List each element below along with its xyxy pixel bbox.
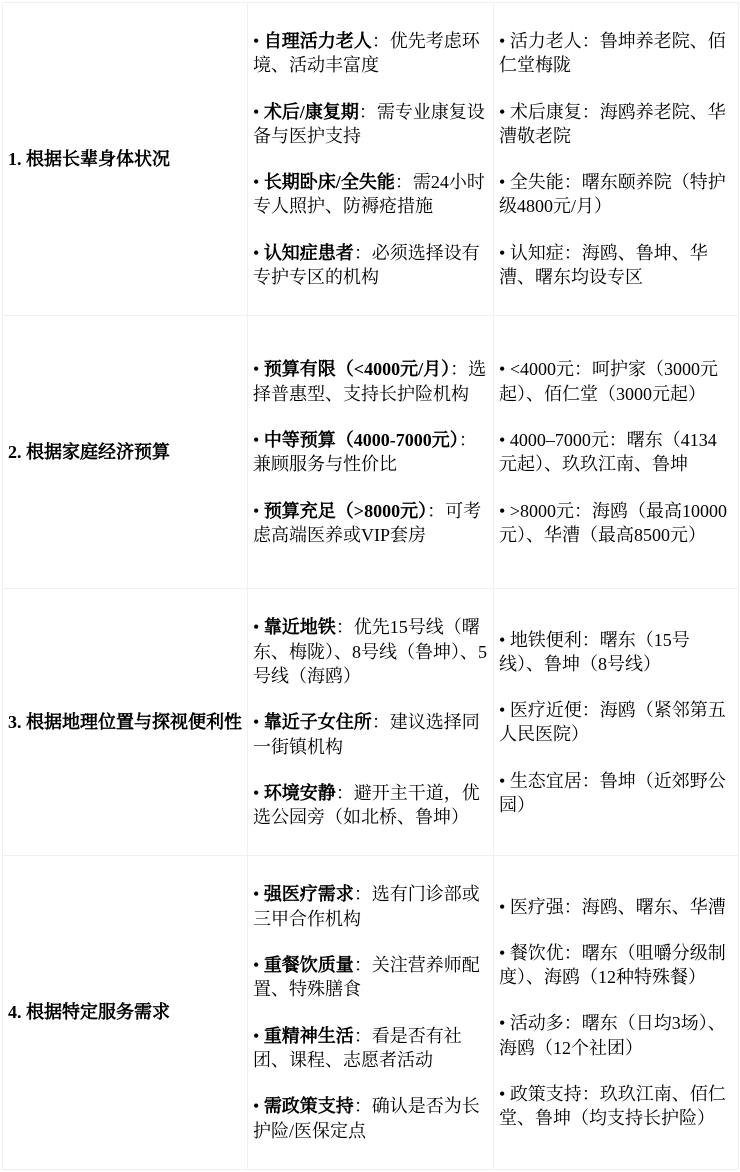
recommendation-text: 医疗强：海鸥、曙东、华漕 bbox=[510, 897, 726, 917]
category-cell: 3. 根据地理位置与探视便利性 bbox=[3, 589, 248, 856]
bullet-icon: • bbox=[499, 31, 510, 51]
criteria-item: • 重精神生活：看是否有社团、课程、志愿者活动 bbox=[253, 1024, 488, 1073]
bullet-icon: • bbox=[253, 243, 264, 263]
category-label: 4. 根据特定服务需求 bbox=[8, 1002, 170, 1022]
recommendation-item: • 政策支持：玖玖江南、佰仁堂、鲁坤（均支持长护险） bbox=[499, 1082, 733, 1131]
table-row: 3. 根据地理位置与探视便利性 • 靠近地铁：优先15号线（曙东、梅陇）、8号线… bbox=[3, 589, 739, 856]
recommendation-item: • <4000元：呵护家（3000元起）、佰仁堂（3000元起） bbox=[499, 357, 733, 406]
criteria-label: 强医疗需求 bbox=[264, 884, 354, 904]
criteria-cell: • 预算有限（<4000元/月）：选择普惠型、支持长护险机构 • 中等预算（40… bbox=[248, 316, 494, 589]
bullet-icon: • bbox=[253, 359, 264, 379]
recommendation-item: • 4000–7000元：曙东（4134元起）、玖玖江南、鲁坤 bbox=[499, 428, 733, 477]
recommendation-item: • 餐饮优：曙东（咀嚼分级制度）、海鸥（12种特殊餐） bbox=[499, 941, 733, 990]
recommendation-text: 全失能：曙东颐养院（特护级4800元/月） bbox=[499, 172, 726, 216]
bullet-icon: • bbox=[499, 1084, 510, 1104]
criteria-cell: • 强医疗需求：选有门诊部或三甲合作机构 • 重餐饮质量：关注营养师配置、特殊膳… bbox=[248, 856, 494, 1169]
bullet-icon: • bbox=[253, 1026, 264, 1046]
criteria-item: • 预算有限（<4000元/月）：选择普惠型、支持长护险机构 bbox=[253, 357, 488, 406]
criteria-label: 预算充足（>8000元） bbox=[264, 501, 427, 521]
criteria-item: • 靠近地铁：优先15号线（曙东、梅陇）、8号线（鲁坤）、5号线（海鸥） bbox=[253, 615, 488, 688]
criteria-label: 长期卧床/全失能 bbox=[264, 172, 395, 192]
criteria-label: 认知症患者 bbox=[264, 243, 354, 263]
criteria-cell: • 自理活力老人：优先考虑环境、活动丰富度 • 术后/康复期：需专业康复设备与医… bbox=[248, 3, 494, 316]
recommendations-cell: • 活力老人：鲁坤养老院、佰仁堂梅陇 • 术后康复：海鸥养老院、华漕敬老院 • … bbox=[494, 3, 739, 316]
recommendation-text: 地铁便利：曙东（15号线）、鲁坤（8号线） bbox=[499, 630, 690, 674]
recommendation-text: 术后康复：海鸥养老院、华漕敬老院 bbox=[499, 102, 726, 146]
recommendation-text: 政策支持：玖玖江南、佰仁堂、鲁坤（均支持长护险） bbox=[499, 1084, 726, 1128]
criteria-label: 自理活力老人 bbox=[264, 31, 372, 51]
category-cell: 1. 根据长辈身体状况 bbox=[3, 3, 248, 316]
bullet-icon: • bbox=[253, 102, 264, 122]
bullet-icon: • bbox=[253, 1096, 264, 1116]
criteria-item: • 中等预算（4000-7000元）：兼顾服务与性价比 bbox=[253, 428, 488, 477]
criteria-item: • 术后/康复期：需专业康复设备与医护支持 bbox=[253, 100, 488, 149]
recommendation-text: 认知症：海鸥、鲁坤、华漕、曙东均设专区 bbox=[499, 243, 708, 287]
bullet-icon: • bbox=[499, 430, 510, 450]
bullet-icon: • bbox=[253, 783, 264, 803]
criteria-label: 术后/康复期 bbox=[264, 102, 359, 122]
bullet-icon: • bbox=[499, 172, 510, 192]
recommendations-cell: • <4000元：呵护家（3000元起）、佰仁堂（3000元起） • 4000–… bbox=[494, 316, 739, 589]
recommendation-item: • 认知症：海鸥、鲁坤、华漕、曙东均设专区 bbox=[499, 241, 733, 290]
bullet-icon: • bbox=[499, 243, 510, 263]
bullet-icon: • bbox=[499, 630, 510, 650]
criteria-item: • 靠近子女住所：建议选择同一街镇机构 bbox=[253, 710, 488, 759]
criteria-label: 重餐饮质量 bbox=[264, 955, 354, 975]
criteria-label: 中等预算（4000-7000元） bbox=[264, 430, 459, 450]
table-row: 4. 根据特定服务需求 • 强医疗需求：选有门诊部或三甲合作机构 • 重餐饮质量… bbox=[3, 856, 739, 1169]
recommendation-item: • 医疗近便：海鸥（紧邻第五人民医院） bbox=[499, 698, 733, 747]
recommendations-cell: • 医疗强：海鸥、曙东、华漕 • 餐饮优：曙东（咀嚼分级制度）、海鸥（12种特殊… bbox=[494, 856, 739, 1169]
recommendations-cell: • 地铁便利：曙东（15号线）、鲁坤（8号线） • 医疗近便：海鸥（紧邻第五人民… bbox=[494, 589, 739, 856]
table-row: 2. 根据家庭经济预算 • 预算有限（<4000元/月）：选择普惠型、支持长护险… bbox=[3, 316, 739, 589]
recommendation-item: • 地铁便利：曙东（15号线）、鲁坤（8号线） bbox=[499, 628, 733, 677]
bullet-icon: • bbox=[253, 501, 264, 521]
bullet-icon: • bbox=[499, 102, 510, 122]
recommendation-text: 活力老人：鲁坤养老院、佰仁堂梅陇 bbox=[499, 31, 726, 75]
criteria-item: • 环境安静：避开主干道，优选公园旁（如北桥、鲁坤） bbox=[253, 781, 488, 830]
bullet-icon: • bbox=[253, 712, 264, 732]
bullet-icon: • bbox=[253, 955, 264, 975]
table-row: 1. 根据长辈身体状况 • 自理活力老人：优先考虑环境、活动丰富度 • 术后/康… bbox=[3, 3, 739, 316]
criteria-label: 重精神生活 bbox=[264, 1026, 354, 1046]
criteria-item: • 预算充足（>8000元）：可考虑高端医养或VIP套房 bbox=[253, 499, 488, 548]
bullet-icon: • bbox=[253, 172, 264, 192]
recommendation-item: • 活力老人：鲁坤养老院、佰仁堂梅陇 bbox=[499, 29, 733, 78]
criteria-label: 需政策支持 bbox=[264, 1096, 354, 1116]
recommendation-item: • 术后康复：海鸥养老院、华漕敬老院 bbox=[499, 100, 733, 149]
recommendation-item: • 生态宜居：鲁坤（近郊野公园） bbox=[499, 769, 733, 818]
criteria-item: • 需政策支持：确认是否为长护险/医保定点 bbox=[253, 1094, 488, 1143]
criteria-cell: • 靠近地铁：优先15号线（曙东、梅陇）、8号线（鲁坤）、5号线（海鸥） • 靠… bbox=[248, 589, 494, 856]
category-cell: 4. 根据特定服务需求 bbox=[3, 856, 248, 1169]
bullet-icon: • bbox=[499, 1013, 510, 1033]
recommendation-text: 4000–7000元：曙东（4134元起）、玖玖江南、鲁坤 bbox=[499, 430, 717, 474]
criteria-label: 预算有限（<4000元/月） bbox=[264, 359, 450, 379]
bullet-icon: • bbox=[499, 897, 510, 917]
recommendation-item: • 医疗强：海鸥、曙东、华漕 bbox=[499, 895, 733, 919]
bullet-icon: • bbox=[253, 617, 264, 637]
bullet-icon: • bbox=[499, 700, 510, 720]
criteria-item: • 强医疗需求：选有门诊部或三甲合作机构 bbox=[253, 882, 488, 931]
bullet-icon: • bbox=[253, 430, 264, 450]
recommendation-text: 医疗近便：海鸥（紧邻第五人民医院） bbox=[499, 700, 726, 744]
criteria-label: 靠近子女住所 bbox=[264, 712, 372, 732]
recommendation-item: • >8000元：海鸥（最高10000元）、华漕（最高8500元） bbox=[499, 499, 733, 548]
recommendation-text: 餐饮优：曙东（咀嚼分级制度）、海鸥（12种特殊餐） bbox=[499, 943, 726, 987]
bullet-icon: • bbox=[499, 943, 510, 963]
bullet-icon: • bbox=[499, 359, 510, 379]
bullet-icon: • bbox=[499, 501, 510, 521]
recommendation-text: 活动多：曙东（日均3场）、海鸥（12个社团） bbox=[499, 1013, 726, 1057]
criteria-label: 环境安静 bbox=[264, 783, 336, 803]
recommendation-text: 生态宜居：鲁坤（近郊野公园） bbox=[499, 771, 726, 815]
criteria-item: • 认知症患者：必须选择设有专护专区的机构 bbox=[253, 241, 488, 290]
recommendation-item: • 全失能：曙东颐养院（特护级4800元/月） bbox=[499, 170, 733, 219]
category-cell: 2. 根据家庭经济预算 bbox=[3, 316, 248, 589]
criteria-item: • 重餐饮质量：关注营养师配置、特殊膳食 bbox=[253, 953, 488, 1002]
recommendation-item: • 活动多：曙东（日均3场）、海鸥（12个社团） bbox=[499, 1011, 733, 1060]
criteria-item: • 长期卧床/全失能：需24小时专人照护、防褥疮措施 bbox=[253, 170, 488, 219]
category-label: 3. 根据地理位置与探视便利性 bbox=[8, 712, 242, 732]
recommendation-text: >8000元：海鸥（最高10000元）、华漕（最高8500元） bbox=[499, 501, 727, 545]
criteria-item: • 自理活力老人：优先考虑环境、活动丰富度 bbox=[253, 29, 488, 78]
category-label: 2. 根据家庭经济预算 bbox=[8, 442, 170, 462]
bullet-icon: • bbox=[499, 771, 510, 791]
bullet-icon: • bbox=[253, 884, 264, 904]
recommendation-text: <4000元：呵护家（3000元起）、佰仁堂（3000元起） bbox=[499, 359, 718, 403]
bullet-icon: • bbox=[253, 31, 264, 51]
elder-care-comparison-table: 1. 根据长辈身体状况 • 自理活力老人：优先考虑环境、活动丰富度 • 术后/康… bbox=[2, 2, 739, 1170]
criteria-label: 靠近地铁 bbox=[264, 617, 336, 637]
category-label: 1. 根据长辈身体状况 bbox=[8, 149, 170, 169]
